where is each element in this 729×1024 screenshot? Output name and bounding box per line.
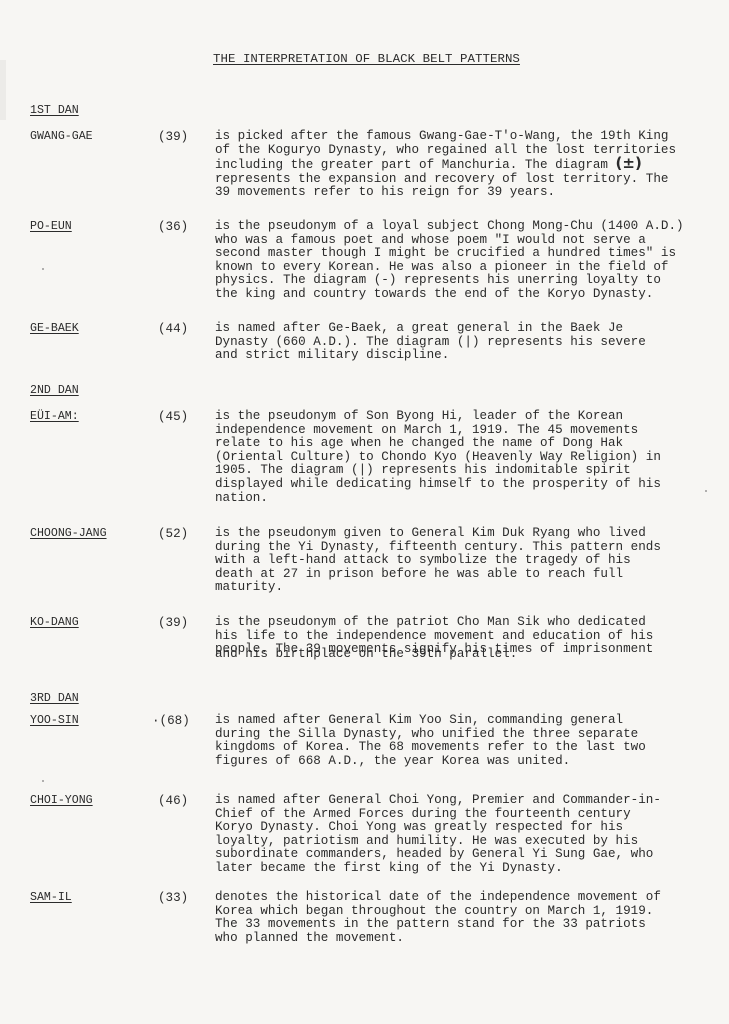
description-line: is named after General Kim Yoo Sin, comm… — [215, 714, 695, 728]
description-line: 39 movements refer to his reign for 39 y… — [215, 186, 695, 200]
description-line: physics. The diagram (-) represents his … — [215, 274, 695, 288]
description-line: 1905. The diagram (|) represents his ind… — [215, 464, 695, 478]
movement-count: (45) — [158, 410, 188, 424]
description-text: including the greater part of Manchuria.… — [215, 158, 616, 172]
pattern-name: YOO-SIN — [30, 714, 79, 727]
pattern-description: denotes the historical date of the indep… — [215, 891, 695, 945]
movement-count: (44) — [158, 322, 188, 336]
movement-count: (39) — [158, 616, 188, 630]
paper-speck — [42, 780, 44, 782]
pattern-description: is named after Ge-Baek, a great general … — [215, 322, 695, 363]
paper-speck — [42, 268, 44, 270]
movement-count: (52) — [158, 527, 188, 541]
description-line: Dynasty (660 A.D.). The diagram (|) repr… — [215, 336, 695, 350]
pattern-description: is the pseudonym of Son Byong Hi, leader… — [215, 410, 695, 505]
description-line: later became the first king of the Yi Dy… — [215, 862, 695, 876]
description-line: loyalty, patriotism and humility. He was… — [215, 835, 695, 849]
description-line: and strict military discipline. — [215, 349, 695, 363]
pattern-name: CHOI-YONG — [30, 794, 93, 807]
description-line: Koryo Dynasty. Choi Yong was greatly res… — [215, 821, 695, 835]
movement-count: ·(68) — [152, 714, 190, 728]
description-line: relate to his age when he changed the na… — [215, 437, 695, 451]
section-heading-3rd-dan: 3RD DAN — [30, 692, 79, 705]
overstruck-lines: people. The 39 movements signify his tim… — [215, 643, 695, 657]
document-page: THE INTERPRETATION OF BLACK BELT PATTERN… — [0, 0, 729, 1024]
paper-speck — [705, 490, 707, 492]
description-line: Korea which began throughout the country… — [215, 905, 695, 919]
description-line: known to every Korean. He was also a pio… — [215, 261, 695, 275]
pattern-name: EÜI-AM: — [30, 410, 79, 423]
diagram-symbol: (±) — [616, 154, 642, 172]
description-line: nation. — [215, 492, 695, 506]
description-line: is named after Ge-Baek, a great general … — [215, 322, 695, 336]
pattern-description: is named after General Kim Yoo Sin, comm… — [215, 714, 695, 768]
description-line: is the pseudonym of a loyal subject Chon… — [215, 220, 695, 234]
movement-count: (46) — [158, 794, 188, 808]
description-line: Chief of the Armed Forces during the fou… — [215, 808, 695, 822]
description-line: kingdoms of Korea. The 68 movements refe… — [215, 741, 695, 755]
description-line: denotes the historical date of the indep… — [215, 891, 695, 905]
description-line: who was a famous poet and whose poem "I … — [215, 234, 695, 248]
movement-count: (36) — [158, 220, 188, 234]
section-heading-2nd-dan: 2ND DAN — [30, 384, 79, 397]
pattern-name: PO-EUN — [30, 220, 72, 233]
movement-count: (33) — [158, 891, 188, 905]
movement-count: (39) — [158, 130, 188, 144]
pattern-name: GE-BAEK — [30, 322, 79, 335]
description-line: during the Yi Dynasty, fifteenth century… — [215, 541, 695, 555]
description-line: with a left-hand attack to symbolize the… — [215, 554, 695, 568]
description-line: is the pseudonym of the patriot Cho Man … — [215, 616, 695, 630]
description-line: death at 27 in prison before he was able… — [215, 568, 695, 582]
description-line: during the Silla Dynasty, who unified th… — [215, 728, 695, 742]
description-line: (Oriental Culture) to Chondo Kyo (Heaven… — [215, 451, 695, 465]
scan-shadow — [0, 60, 6, 120]
description-line: represents the expansion and recovery of… — [215, 173, 695, 187]
pattern-description: is the pseudonym given to General Kim Du… — [215, 527, 695, 595]
description-line: figures of 668 A.D., the year Korea was … — [215, 755, 695, 769]
description-line: is the pseudonym of Son Byong Hi, leader… — [215, 410, 695, 424]
pattern-name: KO-DANG — [30, 616, 79, 629]
pattern-description: is named after General Choi Yong, Premie… — [215, 794, 695, 876]
description-line: is picked after the famous Gwang-Gae-T'o… — [215, 130, 695, 144]
pattern-description: is the pseudonym of the patriot Cho Man … — [215, 616, 695, 657]
section-heading-1st-dan: 1ST DAN — [30, 104, 79, 117]
description-line: independence movement on March 1, 1919. … — [215, 424, 695, 438]
description-line: is the pseudonym given to General Kim Du… — [215, 527, 695, 541]
pattern-name: CHOONG-JANG — [30, 527, 107, 540]
description-line: The 33 movements in the pattern stand fo… — [215, 918, 695, 932]
description-line: second master though I might be crucifie… — [215, 247, 695, 261]
description-line: the king and country towards the end of … — [215, 288, 695, 302]
description-line: including the greater part of Manchuria.… — [215, 157, 695, 173]
page-title: THE INTERPRETATION OF BLACK BELT PATTERN… — [213, 52, 520, 66]
pattern-name: GWANG-GAE — [30, 130, 93, 143]
description-line: maturity. — [215, 581, 695, 595]
description-line: displayed while dedicating himself to th… — [215, 478, 695, 492]
description-line: and his birthplace on the 39th parallel. — [215, 648, 517, 662]
description-line: his life to the independence movement an… — [215, 630, 695, 644]
description-line: subordinate commanders, headed by Genera… — [215, 848, 695, 862]
description-line: who planned the movement. — [215, 932, 695, 946]
pattern-description: is picked after the famous Gwang-Gae-T'o… — [215, 130, 695, 200]
description-line: is named after General Choi Yong, Premie… — [215, 794, 695, 808]
pattern-description: is the pseudonym of a loyal subject Chon… — [215, 220, 695, 302]
pattern-name: SAM-IL — [30, 891, 72, 904]
